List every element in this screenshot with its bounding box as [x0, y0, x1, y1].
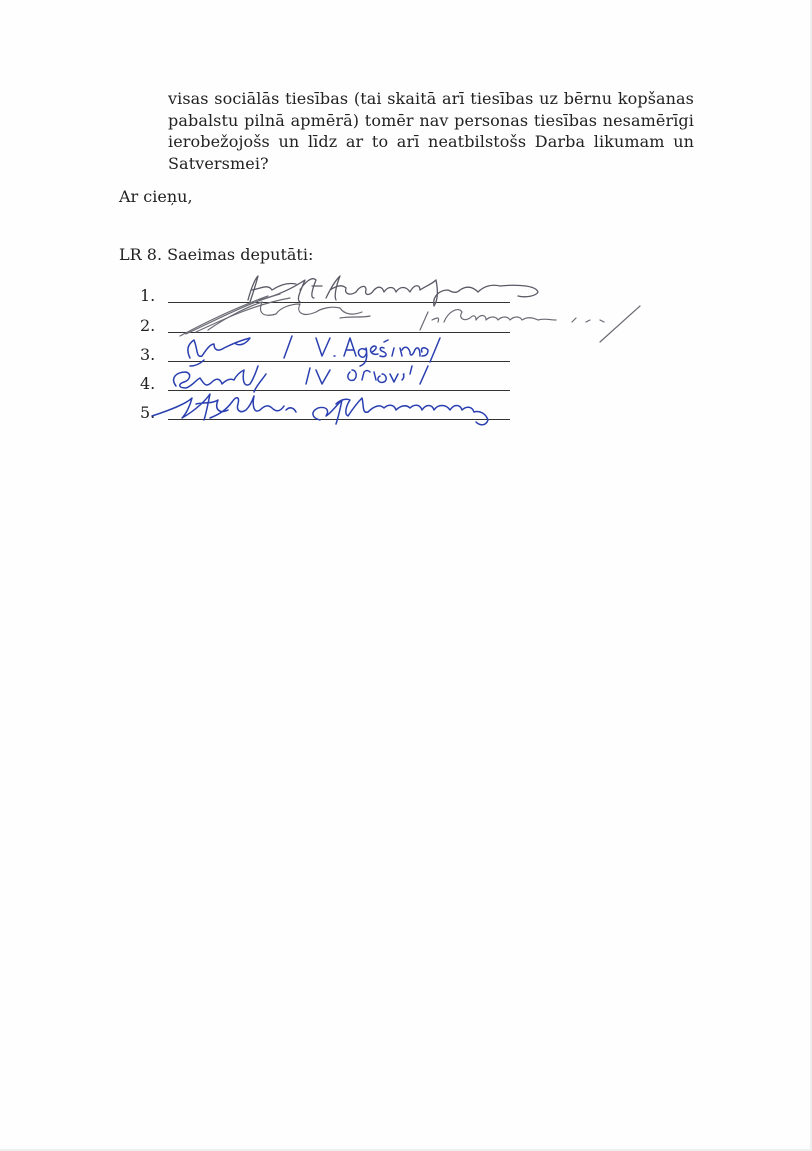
- signature-line: [168, 302, 510, 303]
- signature-number: 2.: [140, 317, 155, 335]
- signature-line: [168, 390, 510, 391]
- signature-row: 3.: [140, 334, 520, 364]
- signature-line: [168, 361, 510, 362]
- signature-number: 3.: [140, 346, 155, 364]
- signature-row: 2.: [140, 305, 520, 335]
- signature-number: 1.: [140, 287, 155, 305]
- signature-line: [168, 332, 510, 333]
- signature-number: 4.: [140, 375, 155, 393]
- signature-row: 5.: [140, 392, 520, 422]
- signature-line: [168, 419, 510, 420]
- signature-row: 4.: [140, 363, 520, 393]
- signature-row: 1.: [140, 275, 520, 305]
- signature-list: 1. 2. 3. 4. 5.: [0, 0, 812, 460]
- signature-number: 5.: [140, 404, 155, 422]
- document-page: visas sociālās tiesības (tai skaitā arī …: [0, 0, 812, 1151]
